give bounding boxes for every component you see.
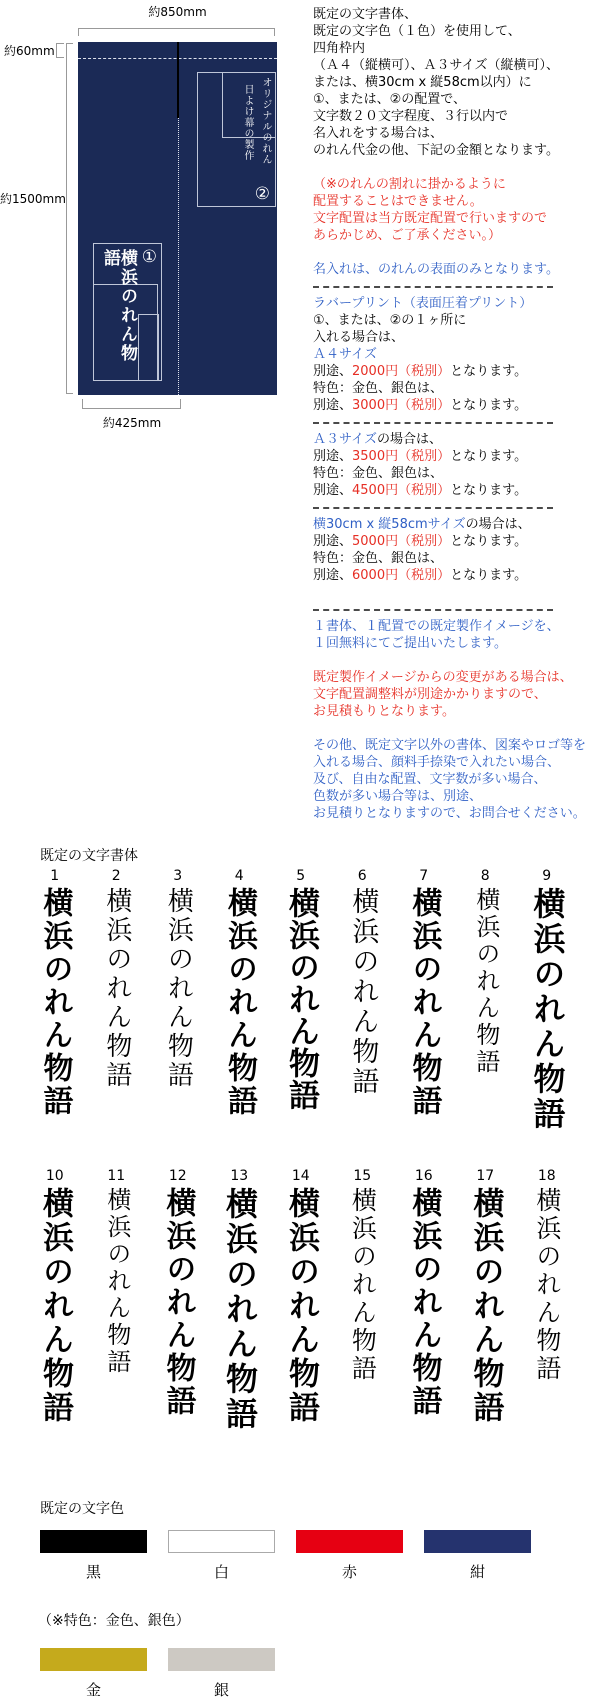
center-split-solid-line <box>177 42 179 118</box>
font-sample-text: 横浜のれん物語 <box>162 1187 194 1418</box>
info-text-segment: 別途、 <box>313 364 352 379</box>
font-number: 17 <box>469 1167 502 1185</box>
hem-dimension-bracket <box>56 43 64 58</box>
font-sample-column: 3横浜のれん物語 <box>164 867 191 1132</box>
color-swatch <box>296 1530 403 1553</box>
info-text-segment: 特色：金色、銀色は、 <box>313 551 443 566</box>
font-sample-text: 横浜のれん物語 <box>530 887 564 1132</box>
info-line: Ａ３サイズの場合は、 <box>313 431 608 448</box>
info-text-segment: 入れる場合、顔料手捺染で入れたい場合、 <box>313 755 560 770</box>
font-sample-column: 5横浜のれん物語 <box>284 867 317 1132</box>
color-swatch-label: 紺 <box>424 1561 531 1582</box>
font-sample-text: 横浜のれん物語 <box>284 887 317 1111</box>
font-sample-text: 横浜のれん物語 <box>408 1187 440 1418</box>
color-swatch <box>168 1648 275 1671</box>
color-swatch <box>40 1530 147 1553</box>
info-text-segment: ①、または、②の配置で、 <box>313 92 466 107</box>
separator-line <box>313 414 608 431</box>
info-text-segment: の場合は、 <box>466 517 531 532</box>
info-text-segment: 特色：金色、銀色は、 <box>313 381 443 396</box>
color-swatch-item: 白 <box>168 1530 275 1582</box>
font-number: 2 <box>103 867 130 885</box>
noren-diagram: 約850mm 約60mm 約1500mm オリジナルのれん 日よけ幕の製作 ② … <box>0 0 300 440</box>
info-text-segment: あらかじめ、ご了承ください。） <box>313 228 501 243</box>
color-swatch-label: 白 <box>168 1561 275 1582</box>
info-line: 及び、自由な配置、文字数が多い場合、 <box>313 771 608 788</box>
font-row-2: 10横浜のれん物語11横浜のれん物語12横浜のれん物語13横浜のれん物語14横浜… <box>24 1167 578 1432</box>
info-text-segment: Ａ３サイズ <box>313 432 377 447</box>
font-number: 7 <box>408 867 440 885</box>
info-line: または、横30cm x 縦58cm以内）に <box>313 74 608 91</box>
info-text-segment: となります。 <box>450 449 527 464</box>
info-text-segment: 特色：金色、銀色は、 <box>313 466 443 481</box>
font-sample-column: 16横浜のれん物語 <box>408 1167 440 1432</box>
info-text-segment: となります。 <box>450 364 527 379</box>
width-dimension-label: 約850mm <box>78 3 277 20</box>
font-number: 14 <box>284 1167 317 1185</box>
info-line: 文字配置は当方既定配置で行いますので <box>313 210 608 227</box>
font-number: 8 <box>473 867 498 885</box>
font-sample-column: 10横浜のれん物語 <box>38 1167 71 1432</box>
font-sample-text: 横浜のれん物語 <box>39 887 71 1118</box>
font-sample-column: 18横浜のれん物語 <box>534 1167 560 1432</box>
center-split-dotted-line <box>178 118 179 395</box>
placement-area-1-text: 横浜のれん物語 <box>101 249 135 380</box>
color-swatch-item: 紺 <box>424 1530 531 1582</box>
spacer <box>313 720 608 737</box>
spacer <box>313 584 608 601</box>
info-text-segment: その他、既定文字以外の書体、図案やロゴ等を <box>313 738 586 753</box>
standard-colors: 黒白赤紺 <box>40 1530 580 1590</box>
info-line: 色数が多い場合等は、別途、 <box>313 788 608 805</box>
info-text-segment: 2000円（税別） <box>352 364 450 379</box>
info-text-segment: 既定の文字書体、 <box>313 7 417 22</box>
separator-line <box>313 601 608 618</box>
font-number: 6 <box>348 867 376 885</box>
info-line: 別途、3500円（税別）となります。 <box>313 448 608 465</box>
info-text-segment: 別途、 <box>313 534 352 549</box>
font-sample-text: 横浜のれん物語 <box>284 1187 317 1425</box>
info-line: （Ａ４（縦横可）、Ａ３サイズ（縦横可）、 <box>313 57 608 74</box>
spacer <box>313 159 608 176</box>
notes-block: 既定の文字書体、既定の文字色（１色）を使用して、四角枠内（Ａ４（縦横可）、Ａ３サ… <box>313 0 608 822</box>
info-text-segment: 別途、 <box>313 483 352 498</box>
info-line: 別途、2000円（税別）となります。 <box>313 363 608 380</box>
info-text-segment: となります。 <box>450 534 527 549</box>
font-sample-column: 4横浜のれん物語 <box>224 867 256 1132</box>
info-line: 名入れは、のれんの表面のみとなります。 <box>313 261 608 278</box>
placement-area-2: オリジナルのれん 日よけ幕の製作 ② <box>197 72 276 207</box>
noren-fabric: オリジナルのれん 日よけ幕の製作 ② 横浜のれん物語 ① <box>78 42 277 395</box>
info-text-segment: 文字数２０文字程度、３行以内で <box>313 109 508 124</box>
font-number: 10 <box>38 1167 71 1185</box>
color-swatch-item: 銀 <box>168 1648 275 1700</box>
font-row-1: 1横浜のれん物語2横浜のれん物語3横浜のれん物語4横浜のれん物語5横浜のれん物語… <box>24 867 578 1132</box>
font-number: 13 <box>222 1167 256 1185</box>
info-line: 文字配置調整料が別途かかりますので、 <box>313 686 608 703</box>
info-line: お見積もりとなります。 <box>313 703 608 720</box>
font-number: 16 <box>408 1167 440 1185</box>
color-swatch-label: 銀 <box>168 1679 275 1700</box>
font-number: 4 <box>224 867 256 885</box>
placement-area-2-text-line2: 日よけ幕の製作 <box>242 84 252 161</box>
half-width-dimension-bracket <box>82 399 181 409</box>
color-swatch-item: 金 <box>40 1648 147 1700</box>
info-line: 既定の文字書体、 <box>313 6 608 23</box>
font-sample-column: 1横浜のれん物語 <box>39 867 71 1132</box>
font-number: 11 <box>104 1167 129 1185</box>
font-sample-column: 6横浜のれん物語 <box>348 867 376 1132</box>
font-sample-column: 17横浜のれん物語 <box>469 1167 502 1432</box>
font-sample-text: 横浜のれん物語 <box>469 1187 502 1425</box>
info-text-segment: のれん代金の他、下記の金額となります。 <box>313 143 559 158</box>
info-line: 特色：金色、銀色は、 <box>313 380 608 397</box>
info-line: １回無料にてご提出いたします。 <box>313 635 608 652</box>
spacer <box>313 244 608 261</box>
info-line: 特色：金色、銀色は、 <box>313 550 608 567</box>
placement-1-badge: ① <box>142 249 157 266</box>
font-sample-column: 13横浜のれん物語 <box>222 1167 256 1432</box>
info-line: 特色：金色、銀色は、 <box>313 465 608 482</box>
info-line: その他、既定文字以外の書体、図案やロゴ等を <box>313 737 608 754</box>
info-text-segment: 名入れは、のれんの表面のみとなります。 <box>313 262 559 277</box>
color-swatch <box>424 1530 531 1553</box>
hem-dimension-label: 約60mm <box>4 42 55 59</box>
font-sample-column: 15横浜のれん物語 <box>349 1167 375 1432</box>
font-sample-text: 横浜のれん物語 <box>408 887 440 1118</box>
height-dimension-label: 約1500mm <box>0 190 66 207</box>
info-text-segment: お見積もりとなります。 <box>313 704 455 719</box>
color-swatch-label: 金 <box>40 1679 147 1700</box>
info-text-segment: 横30cm x 縦58cmサイズ <box>313 517 466 532</box>
color-swatch-label: 赤 <box>296 1561 403 1582</box>
info-text-segment: 配置することはできません。 <box>313 194 483 209</box>
font-sample-column: 8横浜のれん物語 <box>473 867 498 1132</box>
info-line: 入れる場合、顔料手捺染で入れたい場合、 <box>313 754 608 771</box>
info-line: 既定の文字色（１色）を使用して、 <box>313 23 608 40</box>
info-text-segment: ラバープリント（表面圧着プリント） <box>313 296 532 311</box>
info-line: ラバープリント（表面圧着プリント） <box>313 295 608 312</box>
width-dimension-bracket <box>78 28 275 36</box>
info-line: Ａ４サイズ <box>313 346 608 363</box>
info-text-segment: Ａ４サイズ <box>313 347 377 362</box>
color-swatch-label: 黒 <box>40 1561 147 1582</box>
info-text-segment: となります。 <box>450 568 527 583</box>
info-text-segment: 4500円（税別） <box>352 483 450 498</box>
font-number: 12 <box>162 1167 194 1185</box>
font-sample-text: 横浜のれん物語 <box>224 887 256 1118</box>
font-sample-column: 14横浜のれん物語 <box>284 1167 317 1432</box>
color-swatch-item: 黒 <box>40 1530 147 1582</box>
font-sample-text: 横浜のれん物語 <box>104 1187 129 1376</box>
placement-2-badge: ② <box>255 186 270 203</box>
font-sample-text: 横浜のれん物語 <box>534 1187 560 1383</box>
info-text-segment: 既定の文字色（１色）を使用して、 <box>313 24 521 39</box>
info-text-segment: 既定製作イメージからの変更がある場合は、 <box>313 670 573 685</box>
info-text-segment: 別途、 <box>313 568 352 583</box>
info-line: １書体、１配置での既定製作イメージを、 <box>313 618 608 635</box>
font-sample-column: 11横浜のれん物語 <box>104 1167 129 1432</box>
info-text-segment: の場合は、 <box>377 432 442 447</box>
height-dimension-bracket <box>66 43 73 394</box>
separator-line <box>313 499 608 516</box>
font-sample-text: 横浜のれん物語 <box>38 1187 71 1425</box>
info-line: お見積りとなりますので、お問合せください。 <box>313 805 608 822</box>
placement-area-2-text-line1: オリジナルのれん <box>260 77 270 165</box>
info-text-segment: 別途、 <box>313 449 352 464</box>
info-text-segment: 色数が多い場合等は、別途、 <box>313 789 482 804</box>
spacer <box>313 652 608 669</box>
color-swatch-item: 赤 <box>296 1530 403 1582</box>
info-line: 横30cm x 縦58cmサイズの場合は、 <box>313 516 608 533</box>
color-swatch <box>40 1648 147 1671</box>
info-text-segment: 入れる場合は、 <box>313 330 404 345</box>
info-text-segment: 文字配置は当方既定配置で行いますので <box>313 211 547 226</box>
info-text-segment: （※のれんの割れに掛かるように <box>313 177 506 192</box>
font-sample-text: 横浜のれん物語 <box>473 887 498 1076</box>
info-line: 別途、4500円（税別）となります。 <box>313 482 608 499</box>
info-line: 別途、5000円（税別）となります。 <box>313 533 608 550</box>
page: 約850mm 約60mm 約1500mm オリジナルのれん 日よけ幕の製作 ② … <box>0 0 608 1701</box>
placement-area-1-inner-frame-b <box>138 314 159 381</box>
info-text-segment: 名入れをする場合は、 <box>313 126 443 141</box>
info-text-segment: 及び、自由な配置、文字数が多い場合、 <box>313 772 546 787</box>
font-sample-text: 横浜のれん物語 <box>348 887 376 1097</box>
info-line: 名入れをする場合は、 <box>313 125 608 142</box>
font-sample-column: 7横浜のれん物語 <box>408 867 440 1132</box>
info-line: 別途、6000円（税別）となります。 <box>313 567 608 584</box>
info-text-segment: １回無料にてご提出いたします。 <box>313 636 507 651</box>
special-colors-note: （※特色：金色、銀色） <box>38 1610 190 1630</box>
info-line: 配置することはできません。 <box>313 193 608 210</box>
colors-section-title: 既定の文字色 <box>40 1498 124 1518</box>
info-text-segment: １書体、１配置での既定製作イメージを、 <box>313 619 560 634</box>
font-number: 18 <box>534 1167 560 1185</box>
info-text-segment: 四角枠内 <box>313 41 365 56</box>
info-text-segment: お見積りとなりますので、お問合せください。 <box>313 806 586 821</box>
info-text-segment: ①、または、②の１ヶ所に <box>313 313 466 328</box>
font-number: 9 <box>530 867 564 885</box>
half-width-dimension-label: 約425mm <box>82 414 182 431</box>
info-line: 既定製作イメージからの変更がある場合は、 <box>313 669 608 686</box>
info-line: ①、または、②の配置で、 <box>313 91 608 108</box>
font-sample-column: 2横浜のれん物語 <box>103 867 130 1132</box>
info-text-segment: （Ａ４（縦横可）、Ａ３サイズ（縦横可）、 <box>313 58 559 73</box>
separator-line <box>313 278 608 295</box>
info-text-segment: 6000円（税別） <box>352 568 450 583</box>
font-sample-text: 横浜のれん物語 <box>349 1187 375 1383</box>
info-text-segment: または、横30cm x 縦58cm以内）に <box>313 75 532 90</box>
placement-area-1: 横浜のれん物語 ① <box>93 243 162 381</box>
font-sample-column: 9横浜のれん物語 <box>530 867 564 1132</box>
info-line: （※のれんの割れに掛かるように <box>313 176 608 193</box>
info-line: 四角枠内 <box>313 40 608 57</box>
font-number: 3 <box>164 867 191 885</box>
font-sample-text: 横浜のれん物語 <box>164 887 191 1090</box>
font-number: 1 <box>39 867 71 885</box>
color-swatch <box>168 1530 275 1553</box>
fonts-section-title: 既定の文字書体 <box>40 845 138 865</box>
info-line: あらかじめ、ご了承ください。） <box>313 227 608 244</box>
info-line: ①、または、②の１ヶ所に <box>313 312 608 329</box>
info-line: 別途、3000円（税別）となります。 <box>313 397 608 414</box>
info-text-segment: となります。 <box>450 483 527 498</box>
info-text-segment: 3000円（税別） <box>352 398 450 413</box>
font-sample-column: 12横浜のれん物語 <box>162 1167 194 1432</box>
font-number: 15 <box>349 1167 375 1185</box>
info-text-segment: 3500円（税別） <box>352 449 450 464</box>
info-text-segment: となります。 <box>450 398 527 413</box>
font-sample-text: 横浜のれん物語 <box>103 887 130 1090</box>
info-text-segment: 5000円（税別） <box>352 534 450 549</box>
font-sample-text: 横浜のれん物語 <box>222 1187 256 1432</box>
info-text-segment: 別途、 <box>313 398 352 413</box>
info-text-segment: 文字配置調整料が別途かかりますので、 <box>313 687 547 702</box>
info-line: 文字数２０文字程度、３行以内で <box>313 108 608 125</box>
info-line: のれん代金の他、下記の金額となります。 <box>313 142 608 159</box>
font-number: 5 <box>284 867 317 885</box>
special-colors: 金銀 <box>40 1648 580 1701</box>
info-line: 入れる場合は、 <box>313 329 608 346</box>
